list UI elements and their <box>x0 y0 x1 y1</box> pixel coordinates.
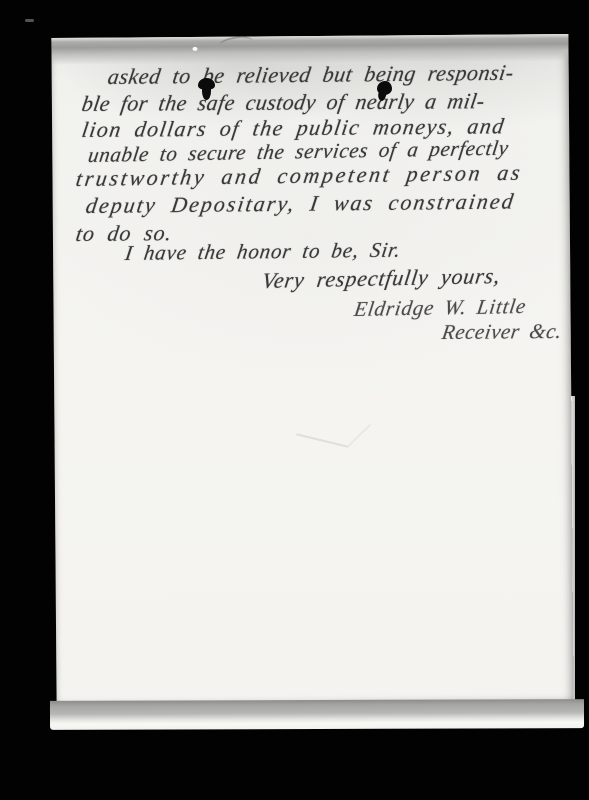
signature-title: Receiver &c. <box>440 319 563 345</box>
paper-speck <box>192 47 197 51</box>
handwritten-line-2: ble for the safe custody of nearly a mil… <box>80 88 487 117</box>
closing-honor-line: I have the honor to be, Sir. <box>123 238 402 266</box>
signature: Eldridge W. Little <box>352 294 528 322</box>
handwritten-line-6: deputy Depositary, I was constrained <box>84 189 517 219</box>
ink-blot <box>377 81 392 95</box>
scanned-letter-image: asked to be relieved but being responsi-… <box>0 0 589 800</box>
ink-blot <box>198 78 215 90</box>
bottom-page-edge <box>50 699 584 730</box>
paper-crease <box>295 412 371 448</box>
closing-respectfully-line: Very respectfully yours, <box>260 263 502 294</box>
scanner-artifact-dash <box>25 19 34 22</box>
handwritten-line-1: asked to be relieved but being responsi- <box>106 60 516 90</box>
